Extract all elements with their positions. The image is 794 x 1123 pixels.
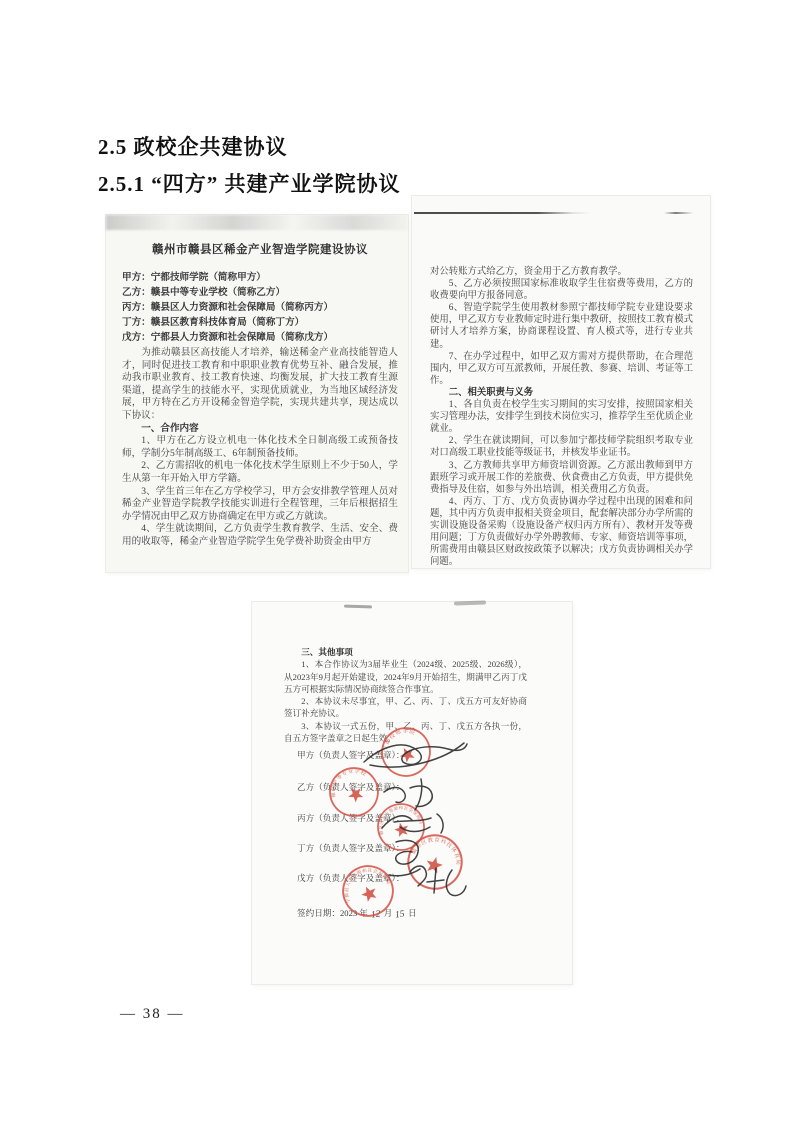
document-page: 2.5 政校企共建协议 2.5.1 “四方” 共建产业学院协议 赣州市赣县区稀金… [0,0,794,1123]
scan-agreement-page-3: 三、其他事项 1、本合作协议为3届毕业生（2024级、2025级、2026级），… [252,602,572,984]
party-line-jia: 甲方：宁都技师学院（简称甲方） [122,270,398,285]
agreement-body: 为推动赣县区高技能人才培养，输送稀金产业高技能智造人才，同时促进技工教育和中职职… [122,347,398,549]
carryover-line: 对公转账方式给乙方，资金用于乙方教育教学。 [430,266,693,278]
page-number: — 38 — [120,1006,185,1023]
party-line-yi: 乙方：赣县中等专业学校（简称乙方） [122,285,398,300]
agreement-item: 1、甲方在乙方设立机电一体化技术全日制高级工或预备技师，学制分5年制高级工、6年… [122,435,398,460]
subsection-heading: 2.5.1 “四方” 共建产业学院协议 [98,168,401,198]
handwritten-signatures [252,602,572,984]
agreement-item: 6、智造学院学生使用教材参照宁都技师学院专业建设要求使用，甲乙双方专业教师定时进… [430,302,693,350]
section-1-heading: 一、合作内容 [122,423,398,436]
section-heading: 2.5 政校企共建协议 [98,131,288,161]
agreement-item: 3、乙方教师共享甲方师资培训资源。乙方派出教师到甲方跟班学习或开展工作的差旅费、… [430,460,693,496]
agreement-item: 5、乙方必须按照国家标准收取学生住宿费等费用，乙方的收费要向甲方报备同意。 [430,278,693,302]
signature-bing [382,814,443,833]
scan-agreement-page-2: 对公转账方式给乙方，资金用于乙方教育教学。 5、乙方必须按照国家标准收取学生住宿… [412,196,710,568]
scan-agreement-page-1: 赣州市赣县区稀金产业智造学院建设协议 甲方：宁都技师学院（简称甲方） 乙方：赣县… [106,215,408,572]
signature-yi [384,779,432,810]
scan-edge-artifact [106,215,408,230]
parties-list: 甲方：宁都技师学院（简称甲方） 乙方：赣县中等专业学校（简称乙方） 丙方：赣县区… [122,270,398,345]
agreement-item: 2、乙方需招收的机电一体化技术学生原则上不少于50人，学生从第一年开始入甲方学籍… [122,460,398,485]
agreement-body: 对公转账方式给乙方，资金用于乙方教育教学。 5、乙方必须按照国家标准收取学生住宿… [412,196,710,568]
intro-paragraph: 为推动赣县区高技能人才培养，输送稀金产业高技能智造人才，同时促进技工教育和中职职… [122,347,398,423]
agreement-item: 2、学生在就读期间，可以参加宁都技师学院组织考取专业对口高级工职业技能等级证书，… [430,435,693,459]
signature-jia [364,743,467,767]
agreement-item: 3、学生首三年在乙方学校学习，甲方会安排教学管理人员对稀金产业智造学院教学技能实… [122,486,398,524]
scan-edge-artifact [414,212,708,214]
section-2-heading: 二、相关职责与义务 [430,387,693,399]
agreement-item: 4、学生就读期间，乙方负责学生教育教学、生活、安全、费用的收取等，稀金产业智造学… [122,523,398,548]
agreement-item: 7、在办学过程中，如甲乙双方需对方提供帮助，在合理范围内，甲乙双方可互派教师，开… [430,351,693,387]
agreement-title: 赣州市赣县区稀金产业智造学院建设协议 [122,241,398,257]
party-line-bing: 丙方：赣县区人力资源和社会保障局（简称丙方） [122,300,398,315]
agreement-item: 1、各自负责在校学生实习期间的实习安排，按照国家相关实习管理办法，安排学生到技术… [430,399,693,435]
party-line-ding: 丁方：赣县区教育科技体育局（简称丁方） [122,315,398,330]
agreement-item: 4、丙方、丁方、戊方负责协调办学过程中出现的困难和问题，其中丙方负责申报相关资金… [430,496,693,569]
party-line-wu: 戊方：宁都县人力资源和社会保障局（简称戊方） [122,330,398,345]
signature-ding [389,840,420,875]
